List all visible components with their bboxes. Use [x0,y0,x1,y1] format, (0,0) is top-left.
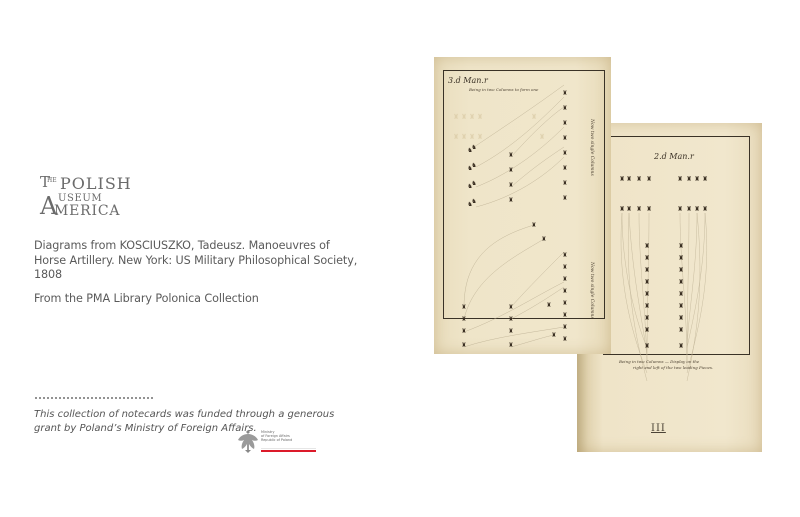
svg-text:♜: ♜ [678,242,684,250]
svg-text:♜: ♜ [453,133,459,141]
svg-text:♜: ♜ [469,113,475,121]
caption-block: Diagrams from KOSCIUSZKO, Tadeusz. Manoe… [34,239,364,306]
svg-text:♜: ♜ [562,312,567,319]
svg-text:♜: ♜ [508,304,513,311]
svg-text:♜: ♜ [686,175,692,183]
svg-text:♞: ♞ [471,198,476,205]
svg-text:♜: ♜ [562,264,567,271]
svg-text:♜: ♜ [636,205,642,213]
plate-subtitle-2: right and left of the two leading Pieces… [633,365,713,370]
svg-text:♜: ♜ [562,120,567,127]
ministry-text: Ministry of Foreign Affairs Republic of … [261,430,316,442]
ministry-of-foreign-affairs-logo: Ministry of Foreign Affairs Republic of … [237,428,319,454]
svg-text:♜: ♜ [619,205,625,213]
plate-number: III [651,423,666,434]
svg-text:♜: ♜ [562,252,567,259]
svg-text:♜: ♜ [562,300,567,307]
svg-text:♜: ♜ [562,180,567,187]
svg-text:♜: ♜ [626,205,632,213]
svg-text:♜: ♜ [562,288,567,295]
plate-3rd-manoeuvre: 3.d Man.r Being in two Columns to form o… [434,57,611,354]
svg-text:♜: ♜ [644,266,650,274]
svg-text:♜: ♜ [644,314,650,322]
svg-text:♜: ♜ [619,175,625,183]
svg-text:♜: ♜ [644,290,650,298]
svg-text:♜: ♜ [644,326,650,334]
svg-text:♜: ♜ [678,314,684,322]
svg-text:♜: ♜ [694,175,700,183]
svg-text:♜: ♜ [562,150,567,157]
horse-artillery-diagram: ♜♜♜♜ ♜♜♜♜ ♜♜♜♜ ♞♞♞♞ ♞♞♞♞ ♜♜♜♜ ♜♜♜♜ ♜♜♜♜ … [434,57,611,354]
svg-text:♜: ♜ [562,276,567,283]
svg-text:♜: ♜ [678,326,684,334]
svg-text:♜: ♜ [477,133,483,141]
ministry-line-3: Republic of Poland [261,438,316,442]
svg-text:♜: ♜ [644,302,650,310]
collection-source-text: From the PMA Library Polonica Collection [34,292,364,307]
svg-text:♜: ♜ [644,342,650,350]
svg-text:♜: ♜ [644,254,650,262]
svg-text:♜: ♜ [644,278,650,286]
svg-text:♞: ♞ [471,162,476,169]
svg-text:♜: ♜ [461,304,466,311]
svg-text:♜: ♜ [508,167,513,174]
svg-text:♜: ♜ [646,205,652,213]
svg-text:♜: ♜ [562,105,567,112]
dotted-divider [34,397,154,399]
pma-logo-icon: T HE POLISH A USEUM MERICA [38,172,138,220]
svg-text:♜: ♜ [541,236,546,243]
vertical-label-lower: Now two single Columns [589,262,594,319]
svg-text:♜: ♜ [677,175,683,183]
svg-text:♜: ♜ [551,332,556,339]
svg-text:POLISH: POLISH [60,174,132,193]
citation-text: Diagrams from KOSCIUSZKO, Tadeusz. Manoe… [34,239,364,283]
svg-text:HE: HE [47,177,57,184]
svg-text:♜: ♜ [702,175,708,183]
svg-text:♜: ♜ [508,342,513,349]
svg-text:♜: ♜ [562,90,567,97]
svg-text:♜: ♜ [678,254,684,262]
svg-text:♞: ♞ [471,144,476,151]
svg-text:♜: ♜ [477,113,483,121]
svg-text:♜: ♜ [626,175,632,183]
svg-text:♜: ♜ [686,205,692,213]
svg-text:♜: ♜ [678,342,684,350]
svg-text:♜: ♜ [678,302,684,310]
polish-museum-of-america-logo: T HE POLISH A USEUM MERICA [38,172,138,220]
svg-text:♜: ♜ [646,175,652,183]
svg-text:♜: ♜ [562,165,567,172]
svg-text:♜: ♜ [539,133,545,141]
svg-text:♜: ♜ [677,205,683,213]
svg-text:♜: ♜ [531,222,536,229]
svg-text:♜: ♜ [508,152,513,159]
svg-text:♜: ♜ [562,135,567,142]
svg-text:♞: ♞ [471,180,476,187]
svg-text:♜: ♜ [508,316,513,323]
plate-subtitle-1: Being in two Columns — Display on the [619,359,699,364]
svg-text:♜: ♜ [461,342,466,349]
svg-text:♜: ♜ [694,205,700,213]
svg-text:♜: ♜ [702,205,708,213]
svg-text:♜: ♜ [508,328,513,335]
svg-text:♜: ♜ [562,336,567,343]
svg-text:♜: ♜ [508,182,513,189]
svg-text:MERICA: MERICA [54,203,120,219]
svg-text:♜: ♜ [461,133,467,141]
svg-text:♜: ♜ [546,302,551,309]
svg-text:♜: ♜ [562,324,567,331]
svg-text:♜: ♜ [531,113,537,121]
eagle-emblem-icon [237,428,259,454]
svg-text:♜: ♜ [678,278,684,286]
svg-text:♜: ♜ [562,195,567,202]
svg-text:♜: ♜ [678,266,684,274]
ministry-red-bar [261,450,316,452]
svg-text:♜: ♜ [469,133,475,141]
svg-text:♜: ♜ [453,113,459,121]
svg-text:♜: ♜ [636,175,642,183]
svg-text:♜: ♜ [508,197,513,204]
vertical-label-upper: Now two single Columns [589,119,594,176]
svg-text:♜: ♜ [678,290,684,298]
svg-text:♜: ♜ [644,242,650,250]
svg-text:♜: ♜ [461,328,466,335]
svg-text:♜: ♜ [461,316,466,323]
svg-text:♜: ♜ [461,113,467,121]
